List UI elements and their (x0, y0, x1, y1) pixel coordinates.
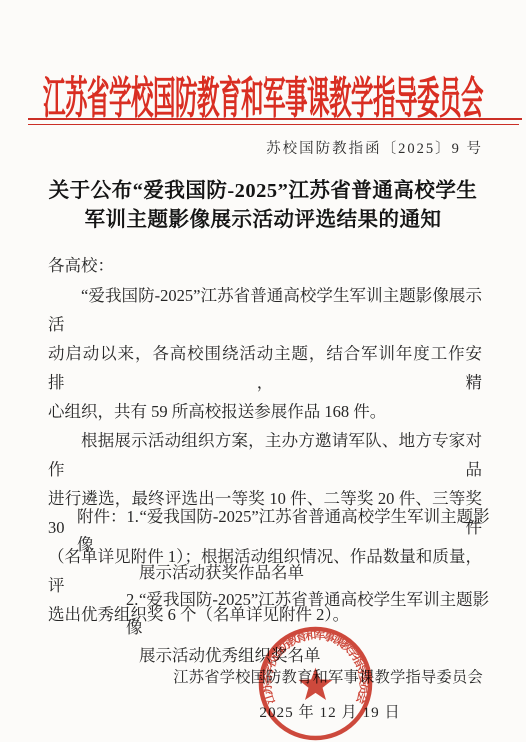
attachment-item-number: 2. (126, 586, 139, 614)
letterhead-rule-thin (28, 124, 519, 125)
seal-curved-text: 江苏省学校国防教育和军事课教学指导委员会 (260, 628, 372, 707)
document-title-line1: 关于公布“爱我国防-2025”江苏省普通高校学生 (0, 177, 526, 206)
official-red-seal: 江苏省学校国防教育和军事课教学指导委员会 (256, 624, 375, 742)
body-line: 心组织，共有 59 所高校报送参展作品 168 件。 (48, 397, 482, 426)
body-line: 动启动以来，各高校围绕活动主题，结合军训年度工作安排，精 (48, 339, 482, 397)
attachment-item-1-line1: 附件：1.“爱我国防-2025”江苏省普通高校学生军训主题影像 (77, 503, 497, 559)
body-line: “爱我国防-2025”江苏省普通高校学生军训主题影像展示活 (48, 281, 482, 339)
letterhead-rule-thick (28, 118, 522, 120)
body-line: 根据展示活动组织方案，主办方邀请军队、地方专家对作品 (48, 426, 482, 484)
seal-star-icon (299, 668, 333, 700)
attachments-label: 附件： (77, 507, 127, 526)
salutation: 各高校： (48, 252, 114, 276)
attachment-item-number: 1. (127, 503, 140, 531)
document-title: 关于公布“爱我国防-2025”江苏省普通高校学生 军训主题影像展示活动评选结果的… (0, 177, 526, 234)
attachment-item-1-line2: 展示活动获奖作品名单 (77, 559, 497, 587)
scanned-document-page: 江苏省学校国防教育和军事课教学指导委员会 苏校国防教指函〔2025〕9 号 关于… (0, 0, 526, 742)
document-title-line2: 军训主题影像展示活动评选结果的通知 (0, 206, 526, 235)
document-number: 苏校国防教指函〔2025〕9 号 (266, 137, 483, 158)
